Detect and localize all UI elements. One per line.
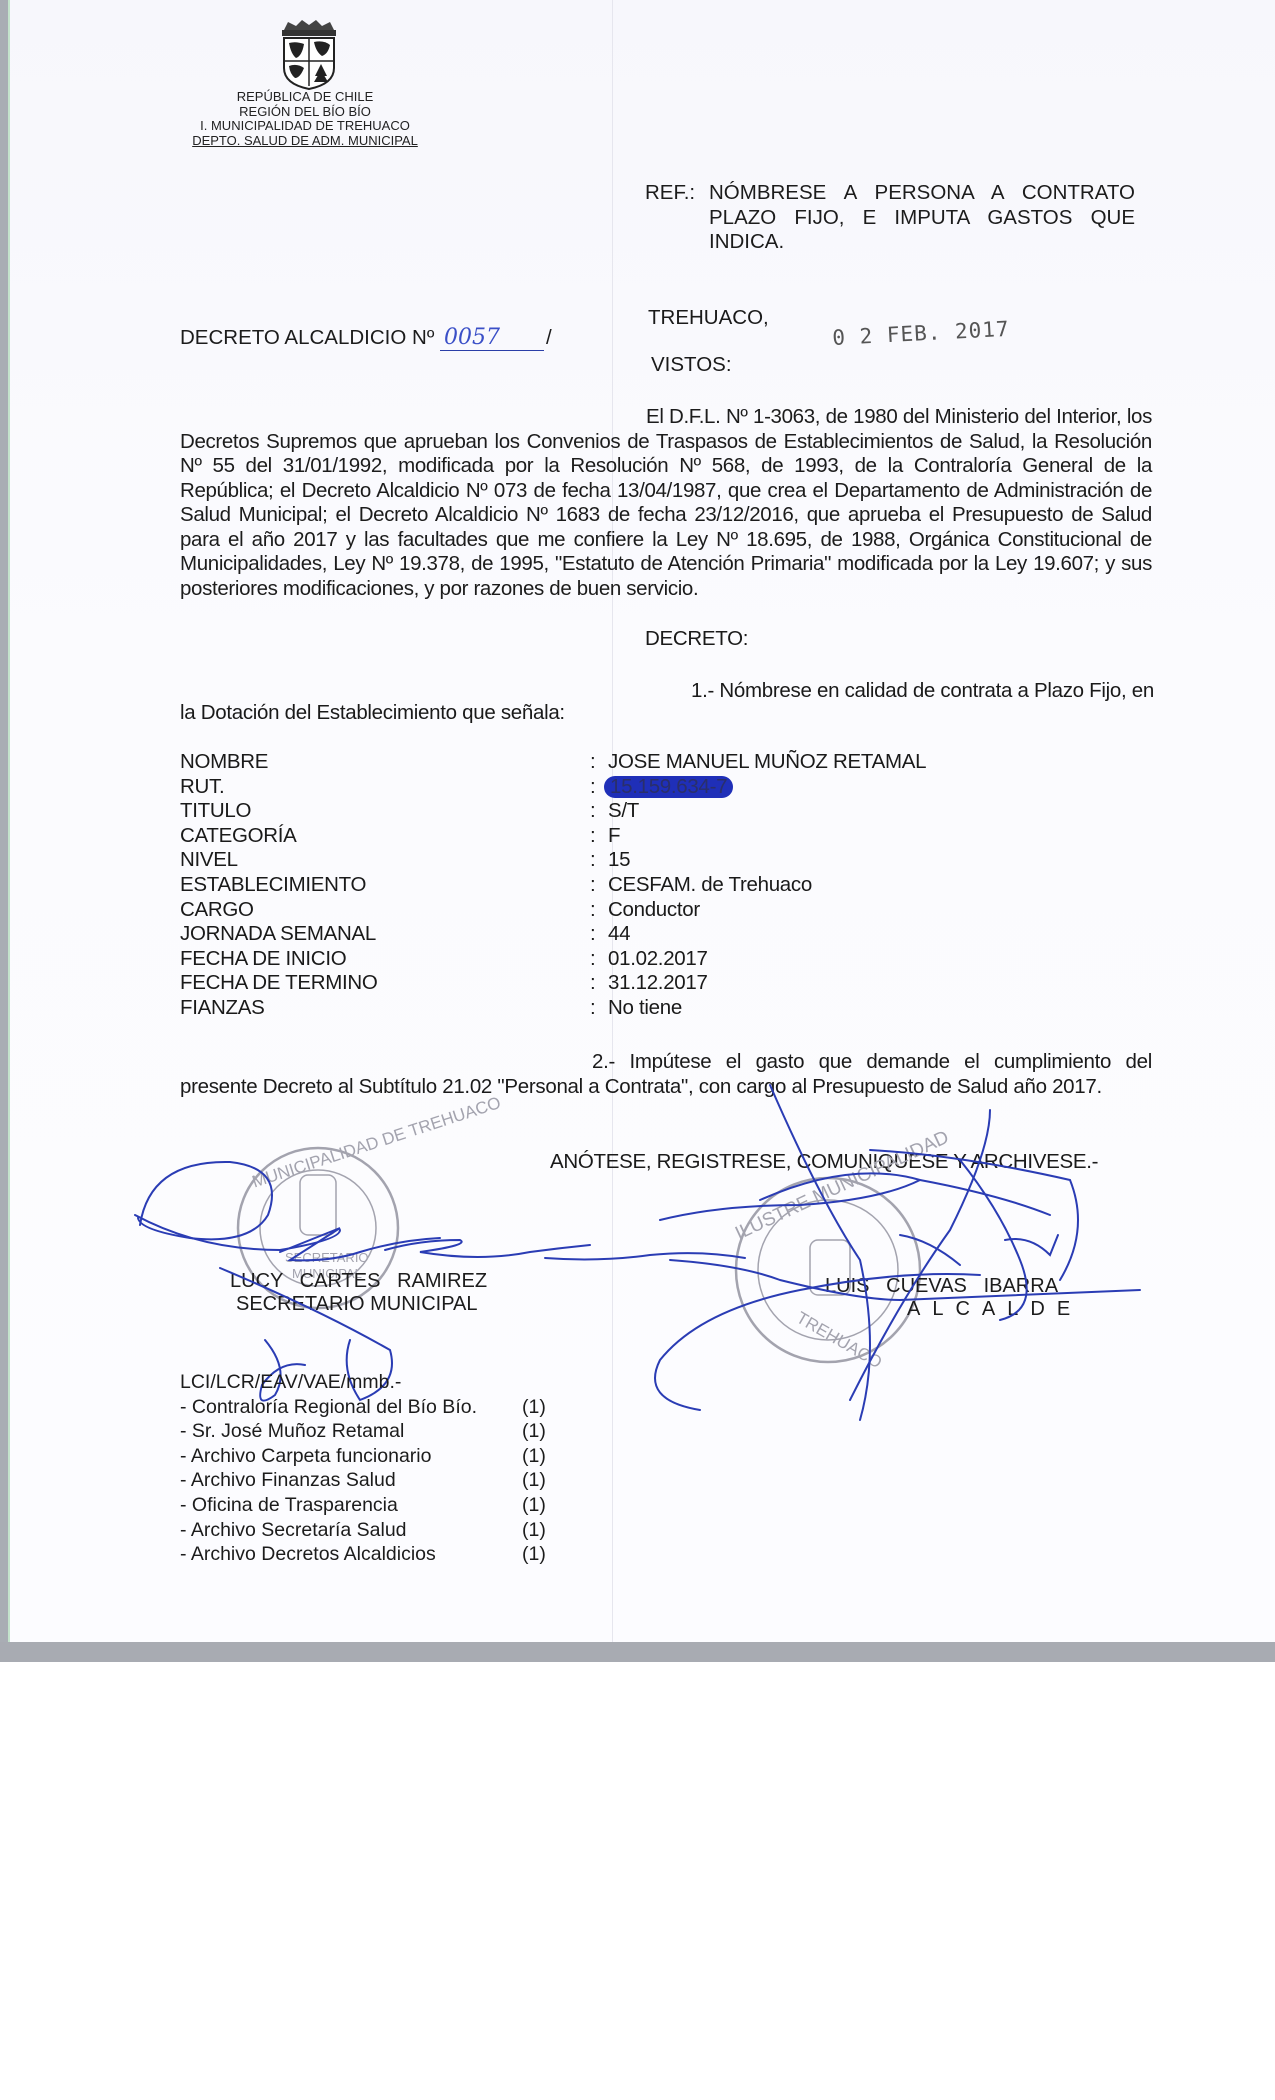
field-separator: :	[590, 971, 595, 995]
mayor-signature-block: LUIS CUEVAS IBARRA ALCALDE	[825, 1275, 1082, 1321]
distribution-copies: (1)	[522, 1444, 546, 1469]
vistos-paragraph: El D.F.L. Nº 1-3063, de 1980 del Ministe…	[180, 405, 1152, 601]
field-separator: :	[590, 750, 595, 774]
distribution-initials: LCI/LCR/EAV/VAE/mmb.-	[180, 1370, 560, 1395]
field-value: 15	[608, 848, 630, 872]
field-value: S/T	[608, 799, 639, 823]
field-value: 31.12.2017	[608, 971, 708, 995]
field-value: 01.02.2017	[608, 947, 708, 971]
field-row: ESTABLECIMIENTO:CESFAM. de Trehuaco	[180, 873, 980, 898]
field-label: TITULO	[180, 799, 251, 823]
distribution-copies: (1)	[522, 1493, 546, 1518]
distribution-item: - Archivo Carpeta funcionario(1)	[180, 1444, 560, 1469]
reference-text: NÓMBRESE A PERSONA A CONTRATO PLAZO FIJO…	[709, 181, 1135, 255]
field-value: JOSE MANUEL MUÑOZ RETAMAL	[608, 750, 926, 774]
distribution-list: LCI/LCR/EAV/VAE/mmb.- - Contraloría Regi…	[180, 1370, 560, 1567]
item2-text: 2.- Impútese el gasto que demande el cum…	[180, 1050, 1152, 1098]
distribution-copies: (1)	[522, 1395, 546, 1420]
field-separator: :	[590, 799, 595, 823]
field-value: No tiene	[608, 996, 682, 1020]
decree-number-slash: /	[546, 326, 552, 349]
field-separator: :	[590, 775, 595, 799]
reference-block: REF.: NÓMBRESE A PERSONA A CONTRATO PLAZ…	[645, 181, 1135, 255]
mayor-role: ALCALDE	[907, 1298, 1082, 1321]
distribution-item: - Contraloría Regional del Bío Bío.(1)	[180, 1395, 560, 1420]
distribution-copies: (1)	[522, 1468, 546, 1493]
distribution-copies: (1)	[522, 1542, 546, 1567]
field-label: NOMBRE	[180, 750, 268, 774]
distribution-copies: (1)	[522, 1518, 546, 1543]
distribution-recipient: - Oficina de Trasparencia	[180, 1494, 398, 1516]
field-row: NIVEL:15	[180, 848, 980, 873]
distribution-recipient: - Archivo Carpeta funcionario	[180, 1445, 431, 1467]
field-value: 15.159.634-7	[608, 775, 733, 799]
field-row: FIANZAS:No tiene	[180, 996, 980, 1021]
field-label: NIVEL	[180, 848, 238, 872]
redaction-mark: 15.159.634-7	[604, 776, 733, 798]
field-row: NOMBRE:JOSE MANUEL MUÑOZ RETAMAL	[180, 750, 980, 775]
field-separator: :	[590, 824, 595, 848]
field-value: 44	[608, 922, 630, 946]
closing-formula: ANÓTESE, REGISTRESE, COMUNIQUESE Y ARCHI…	[550, 1150, 1098, 1174]
field-label: FECHA DE TERMINO	[180, 971, 378, 995]
secretary-name: LUCY CARTES RAMIREZ	[230, 1270, 487, 1293]
header-line-department: DEPTO. SALUD DE ADM. MUNICIPAL	[170, 134, 440, 149]
distribution-item: - Archivo Finanzas Salud(1)	[180, 1468, 560, 1493]
field-row: FECHA DE INICIO:01.02.2017	[180, 947, 980, 972]
mayor-name: LUIS CUEVAS IBARRA	[825, 1275, 1082, 1298]
field-label: CATEGORÍA	[180, 824, 297, 848]
distribution-copies: (1)	[522, 1419, 546, 1444]
field-separator: :	[590, 873, 595, 897]
header-line-country: REPÚBLICA DE CHILE	[170, 90, 440, 105]
appointment-details: NOMBRE:JOSE MANUEL MUÑOZ RETAMALRUT.:15.…	[180, 750, 980, 1021]
header-line-municipality: I. MUNICIPALIDAD DE TREHUACO	[170, 119, 440, 134]
secretary-signature-block: LUCY CARTES RAMIREZ SECRETARIO MUNICIPAL	[230, 1270, 487, 1316]
field-label: CARGO	[180, 898, 254, 922]
field-separator: :	[590, 947, 595, 971]
field-label: ESTABLECIMIENTO	[180, 873, 366, 897]
field-value: F	[608, 824, 620, 848]
distribution-recipient: - Archivo Finanzas Salud	[180, 1469, 396, 1491]
field-label: FECHA DE INICIO	[180, 947, 346, 971]
distribution-item: - Archivo Secretaría Salud(1)	[180, 1518, 560, 1543]
item2-paragraph: 2.- Impútese el gasto que demande el cum…	[180, 1050, 1152, 1099]
field-separator: :	[590, 922, 595, 946]
field-row: CARGO:Conductor	[180, 898, 980, 923]
secretary-role: SECRETARIO MUNICIPAL	[236, 1293, 487, 1316]
coat-of-arms-icon	[270, 20, 348, 90]
field-row: TITULO:S/T	[180, 799, 980, 824]
field-separator: :	[590, 898, 595, 922]
scan-border-left	[0, 0, 8, 1662]
vistos-text: El D.F.L. Nº 1-3063, de 1980 del Ministe…	[180, 405, 1152, 600]
field-separator: :	[590, 848, 595, 872]
distribution-recipient: - Archivo Decretos Alcaldicios	[180, 1543, 436, 1565]
field-row: CATEGORÍA:F	[180, 824, 980, 849]
field-row: RUT.:15.159.634-7	[180, 775, 980, 800]
issuer-header: REPÚBLICA DE CHILE REGIÓN DEL BÍO BÍO I.…	[170, 90, 440, 148]
field-separator: :	[590, 996, 595, 1020]
distribution-item: - Sr. José Muñoz Retamal(1)	[180, 1419, 560, 1444]
field-label: FIANZAS	[180, 996, 264, 1020]
distribution-recipient: - Archivo Secretaría Salud	[180, 1519, 407, 1541]
city-label: TREHUACO,	[648, 306, 769, 330]
decree-number-handwritten: 0057	[440, 325, 544, 351]
field-row: FECHA DE TERMINO:31.12.2017	[180, 971, 980, 996]
header-line-region: REGIÓN DEL BÍO BÍO	[170, 105, 440, 120]
decree-number-line: DECRETO ALCALDICIO Nº 0057/	[180, 325, 552, 351]
distribution-item: - Oficina de Trasparencia(1)	[180, 1493, 560, 1518]
field-value: CESFAM. de Trehuaco	[608, 873, 812, 897]
reference-label: REF.:	[645, 181, 695, 206]
distribution-recipient: - Contraloría Regional del Bío Bío.	[180, 1396, 477, 1418]
decreto-label: DECRETO:	[645, 627, 748, 651]
distribution-item: - Archivo Decretos Alcaldicios(1)	[180, 1542, 560, 1567]
field-row: JORNADA SEMANAL:44	[180, 922, 980, 947]
field-value: Conductor	[608, 898, 700, 922]
item1-line2: la Dotación del Establecimiento que seña…	[180, 701, 565, 725]
field-label: JORNADA SEMANAL	[180, 922, 376, 946]
item1-line1: 1.- Nómbrese en calidad de contrata a Pl…	[644, 679, 1154, 703]
decree-number-label: DECRETO ALCALDICIO Nº	[180, 326, 434, 349]
scan-border-bottom	[0, 1642, 1275, 1662]
vistos-label: VISTOS:	[651, 353, 732, 377]
field-label: RUT.	[180, 775, 224, 799]
distribution-recipient: - Sr. José Muñoz Retamal	[180, 1420, 404, 1442]
